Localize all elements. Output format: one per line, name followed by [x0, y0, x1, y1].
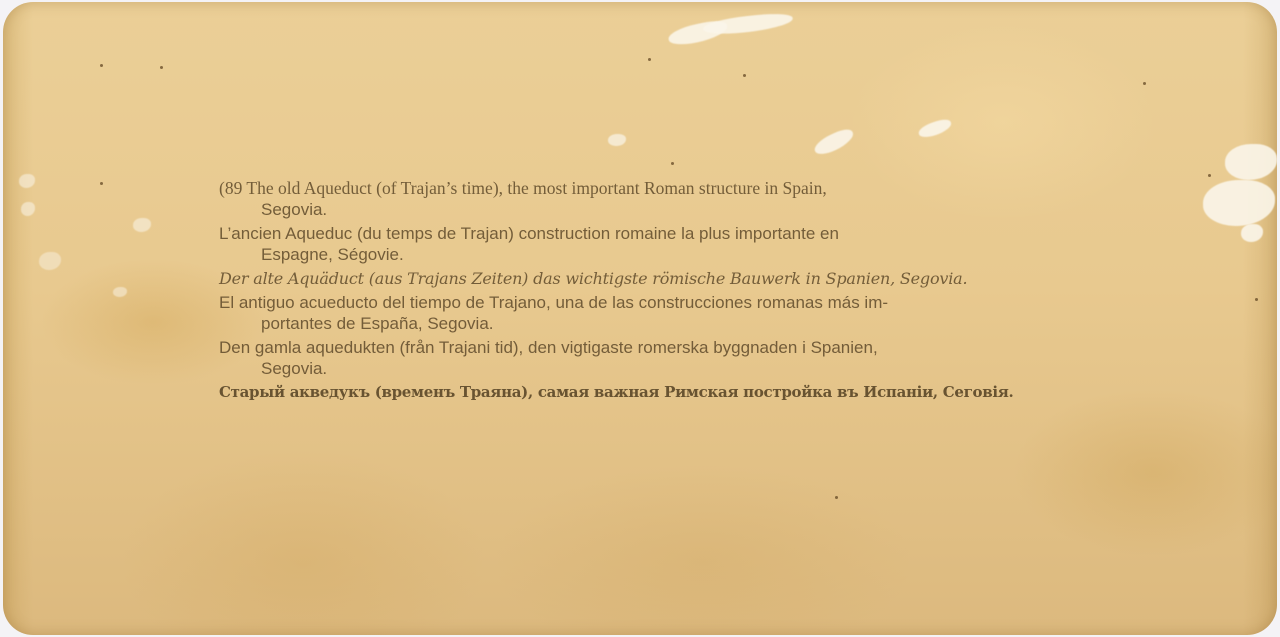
paper-stain — [608, 134, 626, 146]
paper-speck — [100, 64, 103, 67]
paper-speck — [743, 74, 746, 77]
paper-stain — [1203, 180, 1275, 226]
paper-stain — [113, 287, 127, 297]
paper-stain — [21, 202, 35, 216]
caption-french: L’ancien Aqueduc (du temps de Trajan) co… — [219, 223, 1079, 265]
paper-speck — [648, 58, 651, 61]
caption-english: (89 The old Aqueduct (of Trajan’s time),… — [219, 178, 1079, 220]
caption-swedish: Den gamla aquedukten (från Trajani tid),… — [219, 337, 1079, 379]
paper-speck — [160, 66, 163, 69]
paper-stain — [133, 218, 151, 232]
paper-speck — [1255, 298, 1258, 301]
paper-stain — [1225, 144, 1277, 180]
paper-stain — [702, 11, 793, 36]
paper-speck — [1208, 174, 1211, 177]
paper-stain — [917, 117, 953, 140]
paper-stain — [39, 252, 61, 270]
paper-stain — [812, 126, 857, 158]
paper-speck — [100, 182, 103, 185]
paper-stain — [19, 174, 35, 188]
caption-german: Der alte Aquäduct (aus Trajans Zeiten) d… — [219, 268, 1079, 289]
caption-russian: Старый акведукъ (временъ Траяна), самая … — [219, 382, 1079, 403]
paper-stain — [1241, 224, 1263, 242]
paper-speck — [835, 496, 838, 499]
paper-speck — [671, 162, 674, 165]
caption-text-block: (89 The old Aqueduct (of Trajan’s time),… — [219, 178, 1079, 406]
paper-speck — [1143, 82, 1146, 85]
stereoview-card-back: (89 The old Aqueduct (of Trajan’s time),… — [3, 2, 1277, 635]
caption-spanish: El antiguo acueducto del tiempo de Traja… — [219, 292, 1079, 334]
